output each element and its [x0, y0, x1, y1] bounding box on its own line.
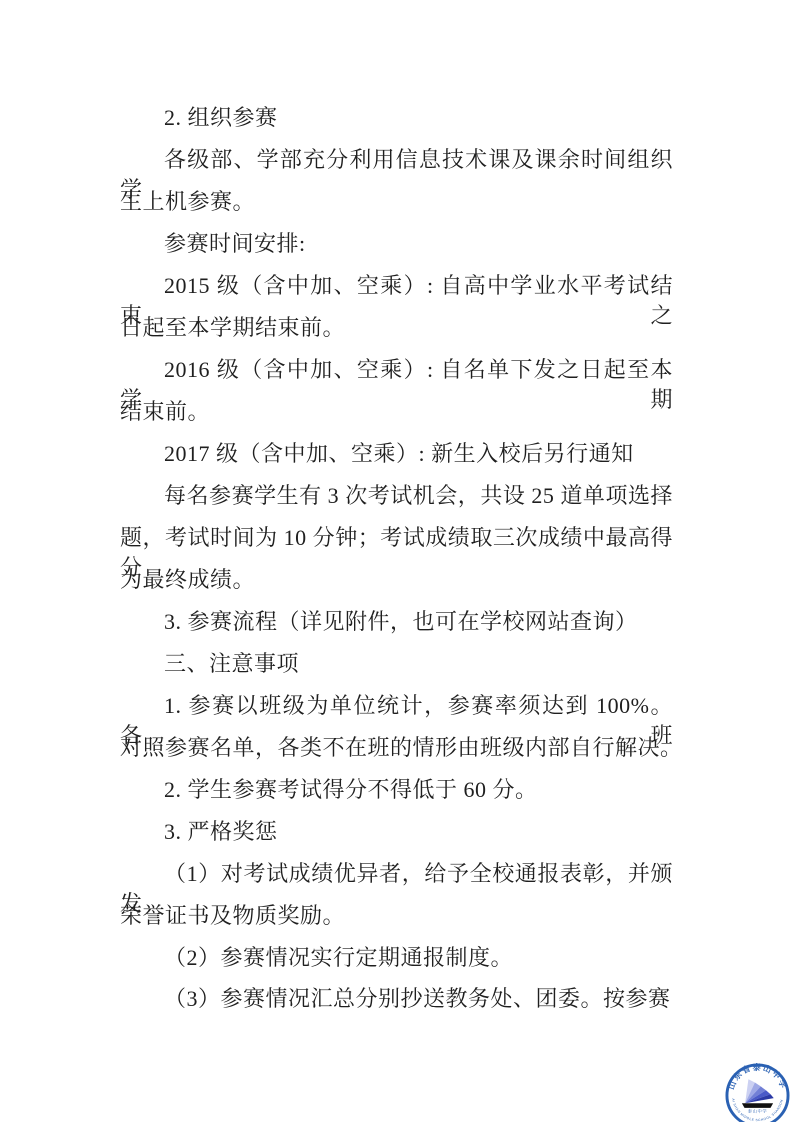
document-line: 2. 学生参赛考试得分不得低于 60 分。	[120, 775, 673, 805]
document-line: 三、注意事项	[120, 649, 673, 679]
mountain-base	[742, 1103, 773, 1108]
document-line: 3. 参赛流程（详见附件，也可在学校网站查询）	[120, 607, 673, 637]
document-line: 结束前。	[120, 397, 673, 427]
document-page: 2. 组织参赛 各级部、学部充分利用信息技术课及课余时间组织学 生上机参赛。 参…	[0, 0, 793, 1122]
document-line: 荣誉证书及物质奖励。	[120, 901, 673, 931]
document-line: 日起至本学期结束前。	[120, 313, 673, 343]
document-line: （3）参赛情况汇总分别抄送教务处、团委。按参赛	[120, 984, 673, 1014]
document-line: 对照参赛名单，各类不在班的情形由班级内部自行解决。	[120, 733, 673, 763]
document-line: 生上机参赛。	[120, 187, 673, 217]
seal-caption-text: 泰山中学	[748, 1108, 768, 1115]
document-line: 参赛时间安排:	[120, 229, 673, 259]
document-line: （2）参赛情况实行定期通报制度。	[120, 943, 673, 973]
document-line: 3. 严格奖惩	[120, 817, 673, 847]
document-line: 2017 级（含中加、空乘）: 新生入校后另行通知	[120, 439, 673, 469]
document-line: 为最终成绩。	[120, 565, 673, 595]
school-seal: 山东省泰山中学 TAI SHAN MIDDLE SCHOOL SHANDONG …	[725, 1063, 790, 1122]
document-line: 2. 组织参赛	[120, 103, 673, 133]
document-line: 每名参赛学生有 3 次考试机会，共设 25 道单项选择	[120, 481, 673, 511]
